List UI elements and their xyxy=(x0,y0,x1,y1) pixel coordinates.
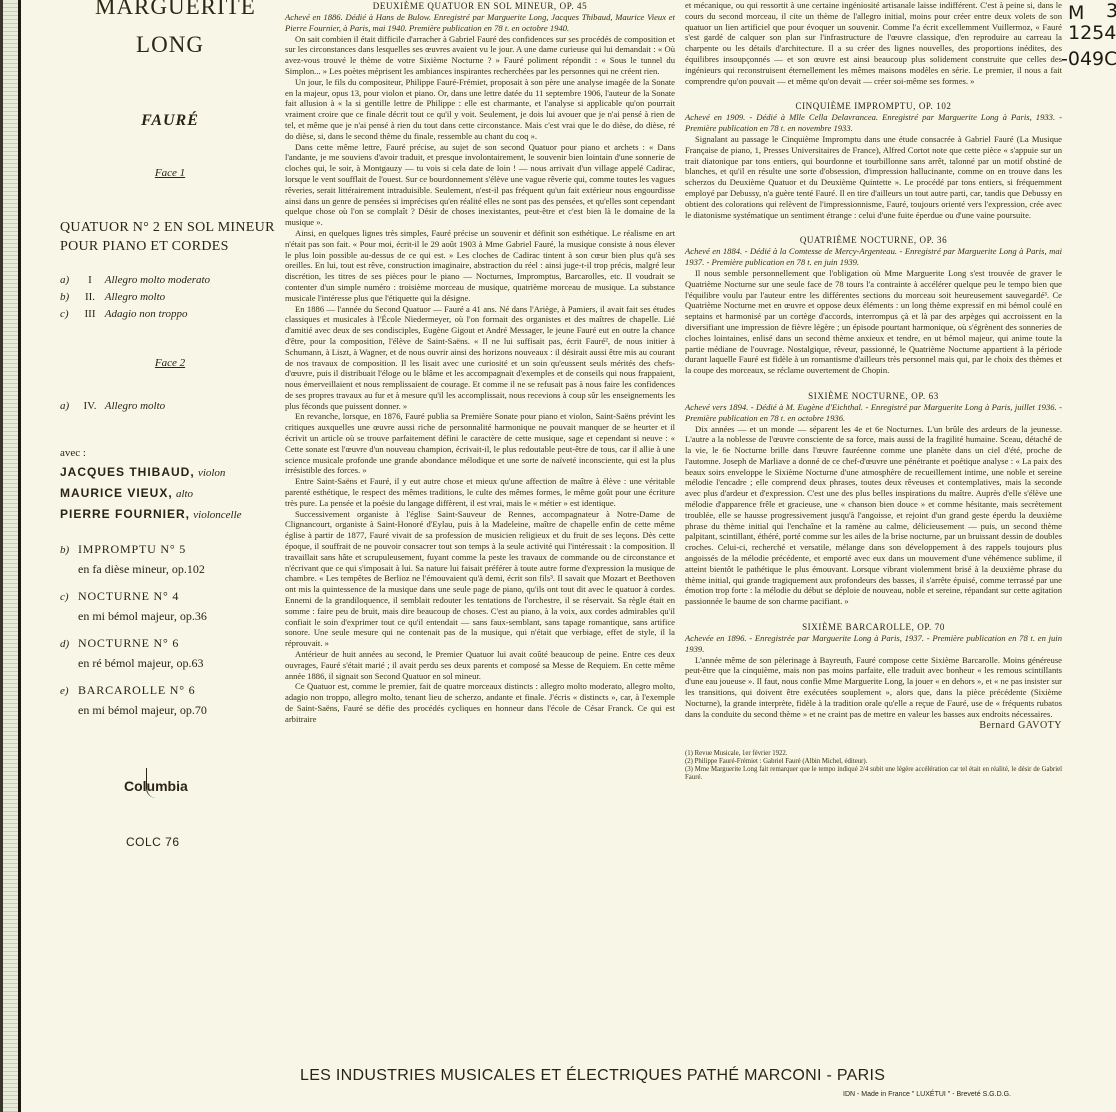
performer-instrument: violoncelle xyxy=(193,509,241,521)
piece-title: IMPROMPTU N° 5 xyxy=(78,542,186,556)
movement-letter: b) xyxy=(60,289,78,306)
section-title: QUATRIÈME NOCTURNE, OP. 36 xyxy=(685,234,1062,246)
notes-section-nocturne-4: QUATRIÈME NOCTURNE, OP. 36 Achevé en 188… xyxy=(685,234,1062,376)
performer-item: MAURICE VIEUX, alto xyxy=(60,483,242,504)
performer-item: JACQUES THIBAUD, violon xyxy=(60,462,242,483)
notes-section-impromptu: CINQUIÈME IMPROMPTU, OP. 102 Achevé en 1… xyxy=(685,100,1062,220)
liner-notes-column-middle: DEUXIÈME QUATUOR EN SOL MINEUR, OP. 45 A… xyxy=(285,0,675,739)
paragraph: Ainsi, en quelques lignes très simples, … xyxy=(285,228,675,304)
piece-key: en ré bémol majeur, op.63 xyxy=(60,654,207,673)
face-1-label: Face 1 xyxy=(95,167,245,179)
movement-letter: a) xyxy=(60,272,78,289)
movement-list: a)I Allegro molto moderato b)II. Allegro… xyxy=(60,272,210,323)
movement-item: c)III Adagio non troppo xyxy=(60,306,210,323)
section-title: SIXIÈME NOCTURNE, OP. 63 xyxy=(685,390,1062,402)
footnote: (1) Revue Musicale, 1er février 1922. xyxy=(685,750,1062,758)
cover-left-column: MARGUERITE LONG FAURÉ Face 1 QUATUOR N° … xyxy=(60,0,280,1040)
movement-number: II. xyxy=(78,289,102,306)
fine-print: IDN - Made in France " LUXÉTUI " - Breve… xyxy=(843,1091,1011,1098)
performer-item: PIERRE FOURNIER, violoncelle xyxy=(60,504,242,525)
work-title-line-2: POUR PIANO ET CORDES xyxy=(60,237,290,256)
section-meta: Achevé en 1884. - Dédié à la Comtesse de… xyxy=(685,246,1062,268)
author-signature: Bernard GAVOTY xyxy=(685,721,1062,732)
paragraph: En 1886 — l'année du Second Quatuor — Fa… xyxy=(285,304,675,412)
paragraph: Antérieur de huit années au second, le P… xyxy=(285,649,675,681)
paragraph: Signalant au passage le Cinquième Improm… xyxy=(685,134,1062,220)
piece-letter: d) xyxy=(60,635,78,654)
section-title: SIXIÈME BARCAROLLE, OP. 70 xyxy=(685,621,1062,633)
movement-item: a)I Allegro molto moderato xyxy=(60,272,210,289)
movement-tempo: Allegro molto xyxy=(105,291,165,303)
piece-key: en mi bémol majeur, op.36 xyxy=(60,607,207,626)
performer-instrument: violon xyxy=(198,467,226,479)
piece-key: en mi bémol majeur, op.70 xyxy=(60,701,207,720)
footnotes: (1) Revue Musicale, 1er février 1922. (2… xyxy=(685,750,1062,782)
composer-name: FAURÉ xyxy=(95,112,245,130)
section-meta: Achevé en 1909. - Dédié à Mlle Cella Del… xyxy=(685,112,1062,134)
performer-name: PIERRE FOURNIER, xyxy=(60,507,190,521)
work-title: QUATUOR N° 2 EN SOL MINEUR POUR PIANO ET… xyxy=(60,218,290,256)
piece-item: b)IMPROMPTU N° 5 en fa dièse mineur, op.… xyxy=(60,540,207,579)
columbia-logo: Columbia xyxy=(124,778,188,794)
piece-letter: c) xyxy=(60,588,78,607)
movement-letter: c) xyxy=(60,306,78,323)
section-meta: Achevée en 1896. - Enregistrée par Margu… xyxy=(685,633,1062,655)
movement-item-4: a)IV. Allegro molto xyxy=(60,400,165,412)
paragraph: En revanche, lorsque, en 1876, Fauré pub… xyxy=(285,411,675,476)
paragraph: Dix années — et un monde — séparent les … xyxy=(685,424,1062,608)
movement-tempo: Allegro molto moderato xyxy=(105,274,210,286)
piece-key: en fa dièse mineur, op.102 xyxy=(60,560,207,579)
footnote: (3) Mme Marguerite Long fait remarquer q… xyxy=(685,766,1062,782)
notes-section-quatuor: DEUXIÈME QUATUOR EN SOL MINEUR, OP. 45 A… xyxy=(285,0,675,725)
movement-tempo: Allegro molto xyxy=(105,400,165,412)
piece-list: b)IMPROMPTU N° 5 en fa dièse mineur, op.… xyxy=(60,540,207,728)
paragraph: Un jour, le fils du compositeur, Philipp… xyxy=(285,77,675,142)
performer-name: JACQUES THIBAUD, xyxy=(60,465,195,479)
paragraph: Entre Saint-Saëns et Fauré, il y eut aut… xyxy=(285,476,675,508)
publisher-footer: LES INDUSTRIES MUSICALES ET ÉLECTRIQUES … xyxy=(300,1067,885,1085)
paragraph: On sait combien il était difficile d'arr… xyxy=(285,34,675,77)
piece-title: NOCTURNE N° 6 xyxy=(78,636,179,650)
paragraph: Successivement organiste à l'église Sain… xyxy=(285,509,675,649)
notes-section-barcarolle: SIXIÈME BARCAROLLE, OP. 70 Achevée en 18… xyxy=(685,621,1062,719)
paragraph: Ce Quatuor est, comme le premier, fait d… xyxy=(285,681,675,724)
handwritten-mark: 3 xyxy=(1106,0,1116,22)
artist-last-name: LONG xyxy=(95,32,245,58)
handwritten-mark: M xyxy=(1068,2,1084,24)
piece-letter: b) xyxy=(60,541,78,560)
performer-instrument: alto xyxy=(176,488,193,500)
piece-title: NOCTURNE N° 4 xyxy=(78,589,179,603)
movement-number: I xyxy=(78,272,102,289)
paragraph: Il nous semble personnellement que l'obl… xyxy=(685,268,1062,376)
notes-section-nocturne-6: SIXIÈME NOCTURNE, OP. 63 Achevé vers 189… xyxy=(685,390,1062,607)
piece-letter: e) xyxy=(60,682,78,701)
section-meta: Achevé vers 1894. - Dédié à M. Eugène d'… xyxy=(685,402,1062,424)
movement-tempo: Adagio non troppo xyxy=(105,308,188,320)
avec-label: avec : xyxy=(60,447,86,459)
handwritten-mark: 1254 xyxy=(1068,22,1116,44)
spine-edge xyxy=(0,0,21,1112)
section-title: CINQUIÈME IMPROMPTU, OP. 102 xyxy=(685,100,1062,112)
handwritten-mark: -049C xyxy=(1061,48,1116,70)
face-2-label: Face 2 xyxy=(95,357,245,369)
piece-item: d)NOCTURNE N° 6 en ré bémol majeur, op.6… xyxy=(60,634,207,673)
footnote: (2) Philippe Fauré-Frémiet : Gabriel Fau… xyxy=(685,758,1062,766)
movement-letter: a) xyxy=(60,400,78,412)
piece-item: e)BARCAROLLE N° 6 en mi bémol majeur, op… xyxy=(60,681,207,720)
section-title: DEUXIÈME QUATUOR EN SOL MINEUR, OP. 45 xyxy=(285,0,675,12)
paragraph: L'année même de son pèlerinage à Bayreut… xyxy=(685,655,1062,720)
piece-item: c)NOCTURNE N° 4 en mi bémol majeur, op.3… xyxy=(60,587,207,626)
performer-list: JACQUES THIBAUD, violon MAURICE VIEUX, a… xyxy=(60,462,242,525)
movement-item: b)II. Allegro molto xyxy=(60,289,210,306)
work-title-line-1: QUATUOR N° 2 EN SOL MINEUR xyxy=(60,218,290,237)
paragraph: Dans cette même lettre, Fauré précise, a… xyxy=(285,142,675,228)
liner-notes-column-right: et mécanique, ou qui ressortit à une cer… xyxy=(685,0,1062,782)
movement-number: IV. xyxy=(78,400,102,412)
notes-continuation: et mécanique, ou qui ressortit à une cer… xyxy=(685,0,1062,86)
performer-name: MAURICE VIEUX, xyxy=(60,486,173,500)
catalog-number: COLC 76 xyxy=(126,835,180,849)
section-meta: Achevé en 1886. Dédié à Hans de Bulow. E… xyxy=(285,12,675,34)
paragraph: et mécanique, ou qui ressortit à une cer… xyxy=(685,0,1062,86)
piece-title: BARCAROLLE N° 6 xyxy=(78,683,195,697)
music-note-icon xyxy=(146,768,169,798)
movement-number: III xyxy=(78,306,102,323)
artist-first-name: MARGUERITE xyxy=(95,0,245,20)
